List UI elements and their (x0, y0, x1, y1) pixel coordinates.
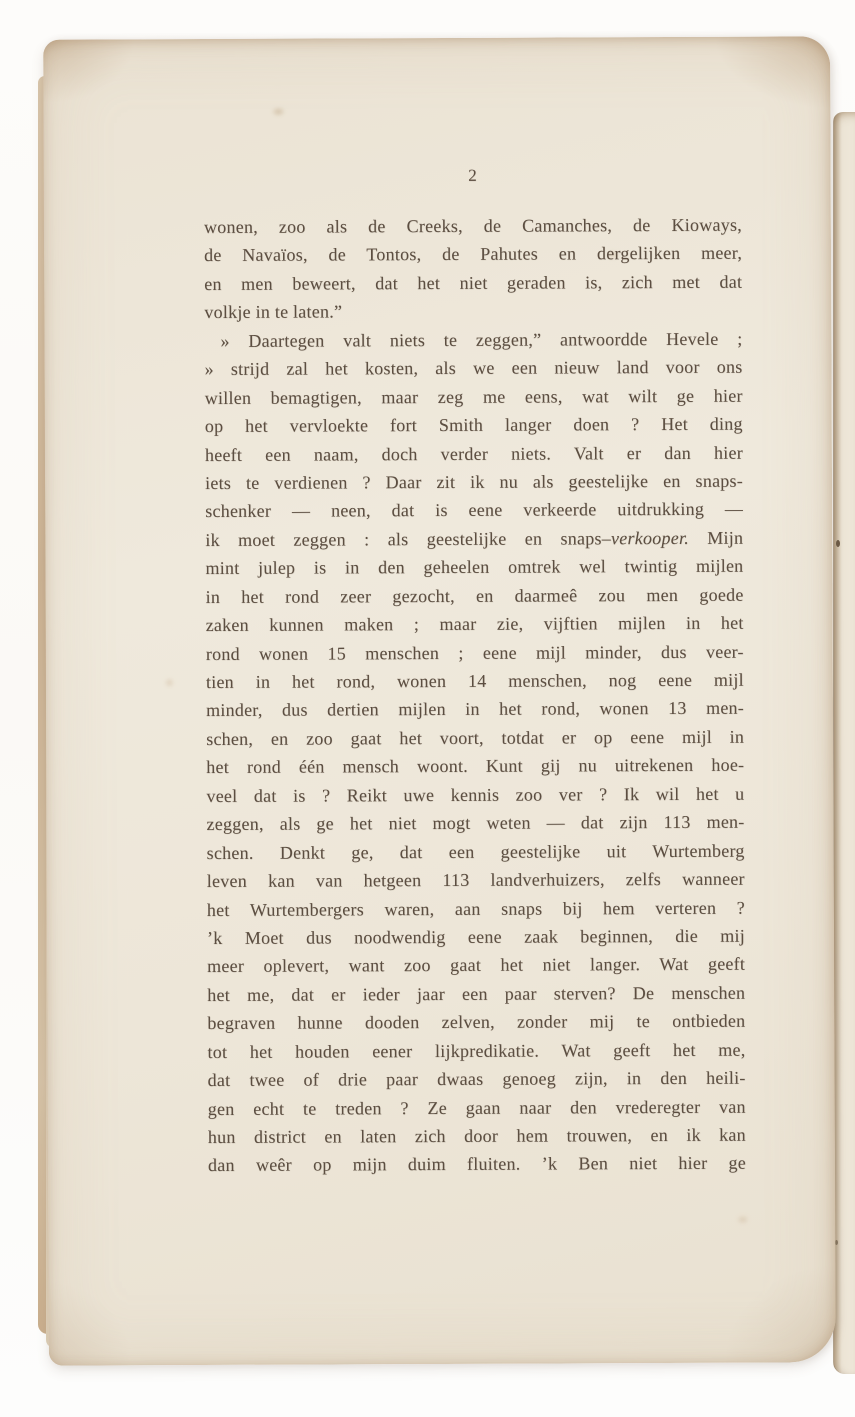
text-line: het rond één mensch woont. Kunt gij nu u… (206, 751, 744, 782)
text-line: schenker — neen, dat is eene verkeerde u… (205, 495, 743, 526)
text-line: de Navaïos, de Tontos, de Pahutes en der… (204, 239, 742, 270)
text-line: willen bemagtigen, maar zeg me eens, wat… (205, 381, 743, 412)
text-line: iets te verdienen ? Daar zit ik nu als g… (205, 467, 743, 498)
text-block: wonen, zoo als de Creeks, de Camanches, … (204, 211, 746, 1180)
page-number: 2 (204, 165, 742, 187)
text-line: ik moet zeggen : als geestelijke en snap… (205, 523, 743, 554)
text-line: veel dat is ? Reikt uwe kennis zoo ver ?… (206, 779, 744, 810)
book-page: 2 wonen, zoo als de Creeks, de Camanches… (43, 36, 836, 1365)
text-line: mint julep is in den geheelen omtrek wel… (205, 552, 743, 583)
text-line: het Wurtembergers waren, aan snaps bij h… (207, 893, 745, 924)
paper-speck (835, 1240, 838, 1245)
text-line: begraven hunne dooden zelven, zonder mij… (207, 1007, 745, 1038)
text-line: zaken kunnen maken ; maar zie, vijftien … (206, 609, 744, 640)
text-line: op het vervloekte fort Smith langer doen… (205, 410, 743, 441)
text-line: hun district en laten zich door hem trou… (208, 1121, 746, 1152)
paper-speck (836, 540, 840, 547)
text-line: rond wonen 15 menschen ; eene mijl minde… (206, 637, 744, 668)
foxing-spot (166, 679, 173, 686)
text-line: het me, dat er ieder jaar een paar sterv… (207, 978, 745, 1009)
text-line: minder, dus dertien mijlen in het rond, … (206, 694, 744, 725)
text-line: dan weêr op mijn duim fluiten. ’k Ben ni… (208, 1149, 746, 1180)
foxing-spot (273, 109, 283, 115)
text-line: meer oplevert, want zoo gaat het niet la… (207, 950, 745, 981)
text-line: schen. Denkt ge, dat een geestelijke uit… (207, 836, 745, 867)
text-line: ’k Moet dus noodwendig eene zaak beginne… (207, 922, 745, 953)
text-line: » Daartegen valt niets te zeggen,” antwo… (204, 324, 742, 355)
text-line: volkje in te laten.” (204, 296, 742, 327)
text-line: » strijd zal het kosten, als we een nieu… (204, 353, 742, 384)
text-line: tot het houden eener lijkpredikatie. Wat… (207, 1035, 745, 1066)
text-line: tien in het rond, wonen 14 menschen, nog… (206, 666, 744, 697)
text-line: wonen, zoo als de Creeks, de Camanches, … (204, 211, 742, 242)
foxing-spot (738, 1217, 747, 1223)
next-page-sliver (833, 112, 855, 1374)
text-line: zeggen, als ge het niet mogt weten — dat… (206, 808, 744, 839)
text-line: in het rond zeer gezocht, en daarmeê zou… (205, 580, 743, 611)
text-line: en men beweert, dat het niet geraden is,… (204, 268, 742, 299)
text-line: gen echt te treden ? Ze gaan naar den vr… (208, 1092, 746, 1123)
text-line: leven kan van hetgeen 113 landverhuizers… (207, 865, 745, 896)
text-line: dat twee of drie paar dwaas genoeg zijn,… (208, 1064, 746, 1095)
text-line: schen, en zoo gaat het voort, totdat er … (206, 723, 744, 754)
book-scan: 2 wonen, zoo als de Creeks, de Camanches… (0, 0, 855, 1417)
text-line: heeft een naam, doch verder niets. Valt … (205, 438, 743, 469)
